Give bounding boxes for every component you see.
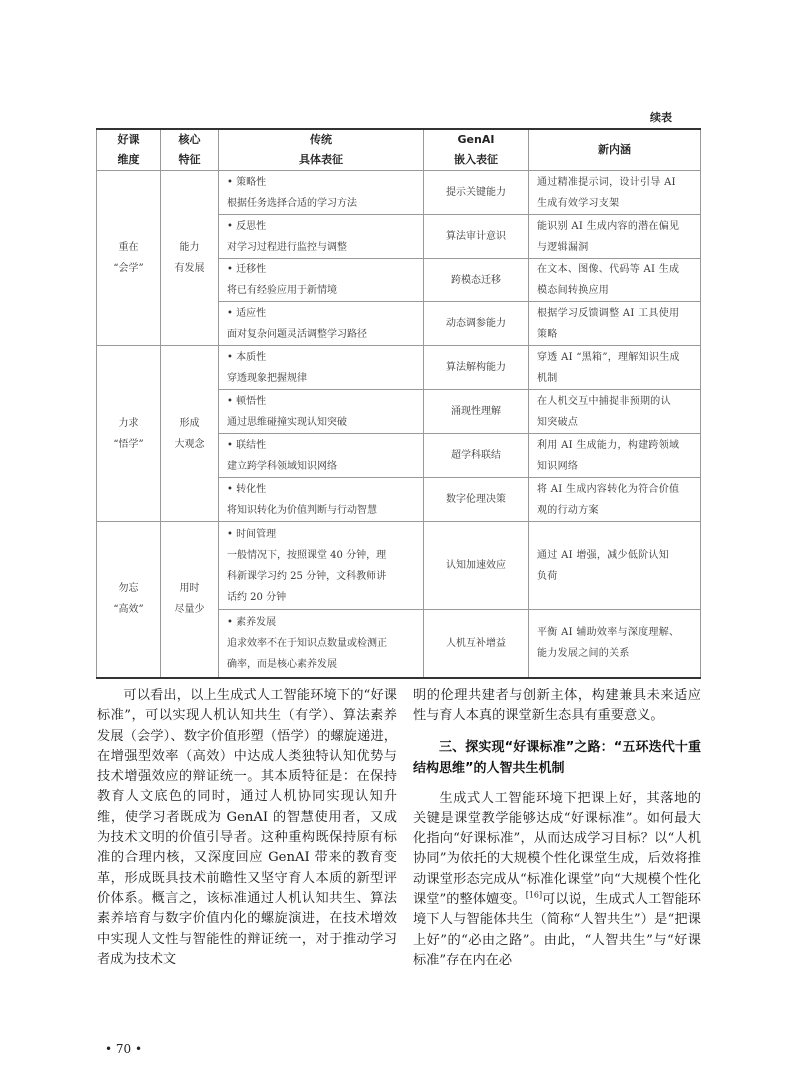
genai-cell: 超学科联结 — [424, 434, 529, 478]
header-core-feature: 核心特征 — [161, 129, 219, 171]
new-meaning-cell: 将 AI 生成内容转化为符合价值观的行动方案 — [529, 478, 701, 522]
genai-cell: 跨模态迁移 — [424, 259, 529, 302]
core-feature-cell: 用时尽量少 — [161, 522, 219, 678]
core-feature-cell: 形成大观念 — [161, 346, 219, 522]
table-row: 力求“悟学” 形成大观念 • 本质性穿透现象把握规律 算法解构能力 穿透 AI … — [97, 346, 701, 390]
genai-cell: 提示关键能力 — [424, 171, 529, 215]
body-column-left: 可以看出，以上生成式人工智能环境下的“好课标准”，可以实现人机认知共生（有学）、… — [97, 686, 397, 970]
header-traditional: 传统具体表征 — [219, 129, 424, 171]
traditional-cell: • 反思性对学习过程进行监控与调整 — [219, 215, 424, 259]
section-heading: 三、探实现“好课标准”之路：“五环迭代十重结构思维”的人智共生机制 — [413, 737, 701, 779]
genai-cell: 认知加速效应 — [424, 522, 529, 610]
core-feature-cell: 能力有发展 — [161, 171, 219, 346]
body-paragraph: 可以看出，以上生成式人工智能环境下的“好课标准”，可以实现人机认知共生（有学）、… — [97, 686, 397, 970]
table-row: 重在“会学” 能力有发展 • 策略性根据任务选择合适的学习方法 提示关键能力 通… — [97, 171, 701, 215]
genai-cell: 数字伦理决策 — [424, 478, 529, 522]
genai-cell: 算法审计意识 — [424, 215, 529, 259]
body-paragraph: 生成式人工智能环境下把课上好，其落地的关键是课堂教学能够达成“好课标准”。如何最… — [413, 789, 701, 972]
traditional-cell: • 时间管理一般情况下，按照课堂 40 分钟，理科新课学习约 25 分钟，文科教… — [219, 522, 424, 610]
dimension-cell: 勿忘“高效” — [97, 522, 161, 678]
traditional-cell: • 顿悟性通过思维碰撞实现认知突破 — [219, 390, 424, 434]
citation-ref: [16] — [526, 891, 542, 900]
new-meaning-cell: 平衡 AI 辅助效率与深度理解、能力发展之间的关系 — [529, 610, 701, 678]
dimension-cell: 力求“悟学” — [97, 346, 161, 522]
traditional-cell: • 适应性面对复杂问题灵活调整学习路径 — [219, 302, 424, 346]
traditional-cell: • 本质性穿透现象把握规律 — [219, 346, 424, 390]
traditional-cell: • 联结性建立跨学科领域知识网络 — [219, 434, 424, 478]
body-column-right: 明的伦理共建者与创新主体，构建兼具未来适应性与育人本真的课堂新生态具有重要意义。… — [413, 686, 701, 971]
new-meaning-cell: 根据学习反馈调整 AI 工具使用策略 — [529, 302, 701, 346]
traditional-cell: • 策略性根据任务选择合适的学习方法 — [219, 171, 424, 215]
table-row: 勿忘“高效” 用时尽量少 • 时间管理一般情况下，按照课堂 40 分钟，理科新课… — [97, 522, 701, 610]
new-meaning-cell: 利用 AI 生成能力，构建跨领域知识网络 — [529, 434, 701, 478]
header-genai: GenAI嵌入表征 — [424, 129, 529, 171]
new-meaning-cell: 通过精准提示词，设计引导 AI生成有效学习支架 — [529, 171, 701, 215]
dimension-cell: 重在“会学” — [97, 171, 161, 346]
new-meaning-cell: 通过 AI 增强，减少低阶认知负荷 — [529, 522, 701, 610]
new-meaning-cell: 能识别 AI 生成内容的潜在偏见与逻辑漏洞 — [529, 215, 701, 259]
good-lesson-standards-table: 好课维度 核心特征 传统具体表征 GenAI嵌入表征 新内涵 重在“会学” 能力… — [96, 128, 701, 679]
traditional-cell: • 转化性将知识转化为价值判断与行动智慧 — [219, 478, 424, 522]
body-paragraph-continuation: 明的伦理共建者与创新主体，构建兼具未来适应性与育人本真的课堂新生态具有重要意义。 — [413, 686, 701, 727]
new-meaning-cell: 在文本、图像、代码等 AI 生成模态间转换应用 — [529, 259, 701, 302]
table-continued-label: 续表 — [650, 109, 672, 125]
genai-cell: 动态调参能力 — [424, 302, 529, 346]
traditional-cell: • 迁移性将已有经验应用于新情境 — [219, 259, 424, 302]
header-dimension: 好课维度 — [97, 129, 161, 171]
traditional-cell: • 素养发展追求效率不在于知识点数量或检测正确率，而是核心素养发展 — [219, 610, 424, 678]
page-number: • 70 • — [105, 1042, 142, 1056]
table-header-row: 好课维度 核心特征 传统具体表征 GenAI嵌入表征 新内涵 — [97, 129, 701, 171]
genai-cell: 算法解构能力 — [424, 346, 529, 390]
new-meaning-cell: 穿透 AI “黑箱”，理解知识生成机制 — [529, 346, 701, 390]
genai-cell: 人机互补增益 — [424, 610, 529, 678]
header-new-meaning: 新内涵 — [529, 129, 701, 171]
genai-cell: 涌现性理解 — [424, 390, 529, 434]
new-meaning-cell: 在人机交互中捕捉非预期的认知突破点 — [529, 390, 701, 434]
